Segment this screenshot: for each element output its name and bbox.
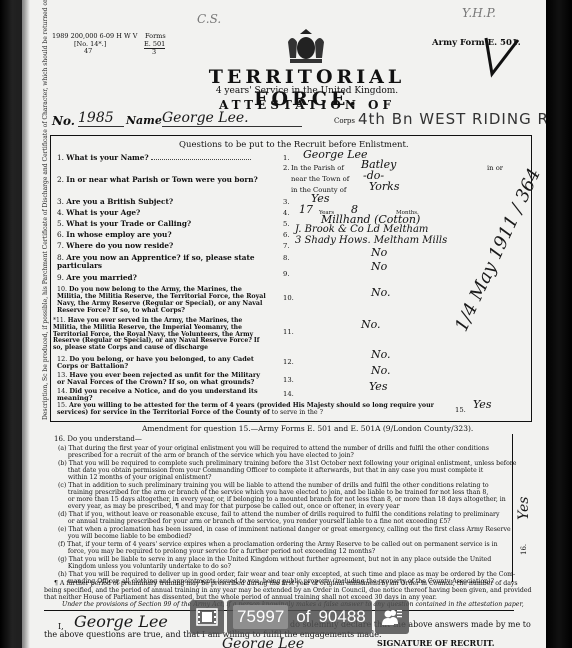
form-subtitle: 4 years' Service in the United Kingdom. bbox=[162, 86, 452, 96]
declaration-name: George Lee bbox=[74, 612, 168, 631]
answer-2-num: 2. bbox=[283, 164, 290, 172]
answer-7: 3 Shady Hows. Meltham Mills bbox=[295, 235, 447, 246]
answer-14-num: 14. bbox=[283, 390, 294, 398]
parish-label: In the Parish of bbox=[291, 164, 344, 172]
q16-clause-f: (f) That, if your term of 4 years' servi… bbox=[58, 541, 498, 555]
name-value: George Lee. bbox=[162, 110, 302, 127]
of-label: of bbox=[296, 607, 310, 627]
total-images: 90488 bbox=[318, 607, 365, 627]
town-label: near the Town of bbox=[291, 175, 349, 183]
corps-label: Corps bbox=[334, 117, 355, 125]
question-13: 13. Have you ever been rejected as unfit… bbox=[57, 372, 267, 386]
corps-stamp: 4th Bn WEST RIDING REGT bbox=[358, 110, 546, 128]
question-8: 8. Are you now an Apprentice? if so, ple… bbox=[57, 254, 267, 270]
image-counter: 75997 of 90488 bbox=[227, 600, 372, 634]
question-10: 10. Do you now belong to the Army, the M… bbox=[57, 286, 267, 314]
question-3: 3. Are you a British Subject? bbox=[57, 198, 173, 206]
filmstrip-icon bbox=[196, 608, 218, 626]
left-margin-note: Description, Sc be produced, if possible… bbox=[42, 0, 49, 420]
answer-7-num: 7. bbox=[283, 242, 290, 250]
question-5: 5. What is your Trade or Calling? bbox=[57, 220, 191, 228]
tick-mark-icon bbox=[482, 34, 522, 78]
question-6: 6. In whose employ are you? bbox=[57, 231, 172, 239]
forms-sub: 3 bbox=[152, 48, 156, 56]
print-line-1: 1989 200,000 6-09 H W V bbox=[52, 32, 137, 40]
answer-11: No. bbox=[361, 318, 381, 331]
pencil-note-left: C.S. bbox=[197, 12, 221, 26]
royal-coat-of-arms-icon bbox=[284, 28, 328, 64]
answer-4-num: 4. bbox=[283, 209, 290, 217]
filmstrip-button[interactable] bbox=[190, 600, 224, 634]
answer-12-num: 12. bbox=[283, 358, 294, 366]
answer-16-num: 16. bbox=[520, 544, 528, 555]
answer-16: Yes bbox=[516, 497, 532, 521]
pencil-note-right: Y.H.P. bbox=[462, 6, 496, 20]
answer-12: No. bbox=[371, 348, 391, 361]
answer-13-num: 13. bbox=[283, 376, 294, 384]
question-15: 15. Are you willing to be attested for t… bbox=[57, 402, 452, 416]
q16-intro: 16. Do you understand— bbox=[54, 436, 142, 443]
in-or-label: in or bbox=[487, 164, 503, 172]
answer-10: No. bbox=[371, 286, 391, 299]
scan-left-edge bbox=[0, 0, 30, 648]
answer-1: George Lee bbox=[303, 148, 368, 161]
question-7: 7. Where do you now reside? bbox=[57, 242, 173, 250]
answer-15-num: 15. bbox=[455, 406, 466, 414]
q16-clause-a: (a) That during the first year of your o… bbox=[58, 445, 489, 459]
current-image-input[interactable]: 75997 bbox=[233, 605, 288, 629]
question-2: 2. In or near what Parish or Town were y… bbox=[57, 176, 258, 184]
answer-1-num: 1. bbox=[283, 154, 290, 162]
question-4: 4. What is your Age? bbox=[57, 209, 140, 217]
answer-age-years: 17 bbox=[299, 203, 313, 216]
no-value: 1985 bbox=[78, 110, 124, 127]
q16-clause-b: (b) That you will be required to complet… bbox=[58, 460, 516, 481]
answer-9: No bbox=[371, 260, 387, 273]
question-9: 9. Are you married? bbox=[57, 274, 137, 282]
people-list-icon bbox=[381, 608, 403, 626]
answer-8: No bbox=[371, 246, 387, 259]
answer-11-num: 11. bbox=[283, 328, 294, 336]
question-12: 12. Do you belong, or have you belonged,… bbox=[57, 356, 267, 370]
footnote-line-2: being specified, and the period of annua… bbox=[44, 587, 531, 594]
question-16-block: 16. Do you understand— (a) That during t… bbox=[50, 434, 513, 582]
question-14: 14. Did you receive a Notice, and do you… bbox=[57, 388, 267, 402]
q16-clause-g: (g) That you will be liable to serve in … bbox=[58, 556, 491, 570]
recruit-signature: George Lee bbox=[222, 636, 304, 648]
name-label: Name bbox=[126, 114, 162, 127]
signature-label: SIGNATURE OF RECRUIT. bbox=[377, 638, 495, 648]
answer-9-num: 9. bbox=[283, 270, 290, 278]
people-list-button[interactable] bbox=[375, 600, 409, 634]
question-1: 1. What is your Name? bbox=[57, 154, 251, 162]
answer-13: No. bbox=[371, 364, 391, 377]
answer-county: Yorks bbox=[369, 180, 400, 193]
answer-3-num: 3. bbox=[283, 198, 290, 206]
answer-15: Yes bbox=[473, 398, 491, 411]
questions-frame: Questions to be put to the Recruit befor… bbox=[50, 135, 532, 422]
q16-clause-d: (d) That if you, without leave or reason… bbox=[58, 511, 500, 525]
answer-6: J. Brook & Co Ld Meltham bbox=[295, 224, 428, 235]
side-annotation: 1/4 May 1911 / 364 bbox=[451, 165, 545, 335]
answer-10-num: 10. bbox=[283, 294, 294, 302]
answer-3: Yes bbox=[311, 192, 329, 205]
print-line-3: 47 bbox=[84, 47, 92, 55]
footnote-line-1: ¶ A further period of preliminary traini… bbox=[54, 580, 518, 587]
q16-clause-e: (e) That when a proclamation has been is… bbox=[58, 526, 511, 540]
no-label: No. bbox=[52, 114, 75, 128]
answer-8-num: 8. bbox=[283, 254, 290, 262]
answer-6-num: 6. bbox=[283, 231, 290, 239]
amendment-note: Amendment for question 15.—Army Forms E.… bbox=[142, 424, 473, 433]
q16-clause-c: (c) That in addition to such preliminary… bbox=[58, 482, 506, 510]
answer-14: Yes bbox=[369, 380, 387, 393]
scan-right-edge bbox=[546, 0, 572, 648]
document-page: Description, Sc be produced, if possible… bbox=[22, 0, 546, 648]
image-viewer-toolbar: 75997 of 90488 bbox=[190, 600, 410, 634]
question-11: *11. Have you ever served in the Army, t… bbox=[53, 318, 267, 352]
answer-5-num: 5. bbox=[283, 220, 290, 228]
questions-heading: Questions to be put to the Recruit befor… bbox=[179, 140, 409, 150]
forms-label: Forms bbox=[145, 32, 166, 40]
